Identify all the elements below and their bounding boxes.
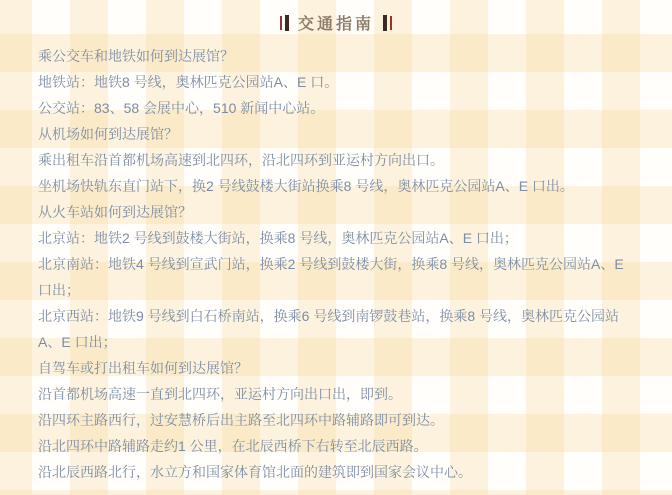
question-line: 乘公交车和地铁如何到达展馆？: [38, 43, 638, 69]
answer-line: 地铁站：地铁8 号线，奥林匹克公园站A、E 口。: [38, 69, 638, 95]
question-line: 自驾车或打出租车如何到达展馆？: [38, 355, 638, 381]
answer-line: 公交站：83、58 会展中心，510 新闻中心站。: [38, 95, 638, 121]
thick-bar-icon: [285, 15, 289, 31]
question-line: 从火车站如何到达展馆？: [38, 199, 638, 225]
answer-line: 北京西站：地铁9 号线到白石桥南站，换乘6 号线到南锣鼓巷站，换乘8 号线，奥林…: [38, 303, 638, 355]
thick-bar-icon: [383, 15, 387, 31]
answer-line: 北京南站：地铁4 号线到宣武门站，换乘2 号线到鼓楼大街，换乘8 号线，奥林匹克…: [38, 251, 638, 303]
answer-line: 沿首都机场高速一直到北四环，亚运村方向出口出，即到。: [38, 381, 638, 407]
answer-line: 沿北辰西路北行，水立方和国家体育馆北面的建筑即到国家会议中心。: [38, 459, 638, 485]
title-right-decoration-icon: [383, 15, 392, 31]
thin-bar-icon: [280, 16, 282, 30]
question-line: 从机场如何到达展馆？: [38, 121, 638, 147]
title-left-decoration-icon: [280, 15, 289, 31]
answer-line: 沿四环主路西行，过安慧桥后出主路至北四环中路辅路即可到达。: [38, 407, 638, 433]
guide-content: 乘公交车和地铁如何到达展馆？地铁站：地铁8 号线，奥林匹克公园站A、E 口。公交…: [38, 43, 638, 485]
answer-line: 乘出租车沿首都机场高速到北四环，沿北四环到亚运村方向出口。: [38, 147, 638, 173]
thin-bar-icon: [390, 16, 392, 30]
answer-line: 坐机场快轨东直门站下，换2 号线鼓楼大街站换乘8 号线，奥林匹克公园站A、E 口…: [38, 173, 638, 199]
page-title-row: 交通指南: [0, 0, 672, 34]
page-title: 交通指南: [298, 11, 374, 34]
traffic-guide-page: 交通指南 乘公交车和地铁如何到达展馆？地铁站：地铁8 号线，奥林匹克公园站A、E…: [0, 0, 672, 495]
answer-line: 北京站：地铁2 号线到鼓楼大街站，换乘8 号线，奥林匹克公园站A、E 口出；: [38, 225, 638, 251]
answer-line: 沿北四环中路辅路走约1 公里，在北辰西桥下右转至北辰西路。: [38, 433, 638, 459]
